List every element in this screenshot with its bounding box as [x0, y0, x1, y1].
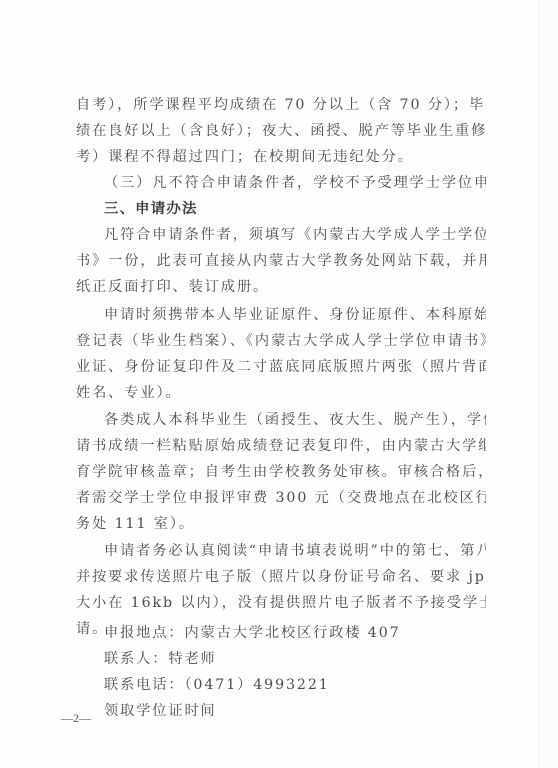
- paragraph-line: 申请时须携带本人毕业证原件、身份证原件、本科原始成绩: [104, 302, 486, 328]
- scan-edge-shade: [539, 0, 558, 768]
- paragraph-line: 请书成绩一栏粘贴原始成绩登记表复印件，由内蒙古大学继续教: [76, 433, 486, 459]
- document-page: 自考），所学课程平均成绩在 70 分以上（含 70 分）；毕业论文成 绩在良好以…: [0, 0, 558, 768]
- paragraph-line: 业证、身份证复印件及二寸蓝底同底版照片两张（照片背面写上: [76, 354, 486, 380]
- paragraph-line: 纸正反面打印、装订成册。: [76, 274, 486, 300]
- paragraph-line: 大小在 16kb 以内），没有提供照片电子版者不予接受学士学位申: [76, 590, 486, 616]
- paragraph-line: 各类成人本科毕业生（函授生、夜大生、脱产生），学位申: [104, 407, 486, 433]
- contact-person: 联系人：特老师: [104, 646, 514, 672]
- paragraph-line: 申请者务必认真阅读“申请书填表说明”中的第七、第八项，: [104, 538, 486, 564]
- paragraph-line: 凡符合申请条件者，须填写《内蒙古大学成人学士学位申请: [104, 222, 486, 248]
- contact-location: 申报地点：内蒙古大学北校区行政楼 407: [104, 620, 514, 646]
- paragraph-line: 姓名、专业）。: [76, 380, 486, 406]
- page-number: —2—: [61, 711, 91, 726]
- paragraph-line: 书》一份，此表可直接从内蒙古大学教务处网站下载，并用 A4: [76, 248, 486, 274]
- paragraph-line: 登记表（毕业生档案）、《内蒙古大学成人学士学位申请书》和毕: [76, 328, 486, 354]
- degree-pickup-time: 领取学位证时间: [104, 698, 514, 724]
- paragraph-line: 务处 111 室）。: [76, 511, 486, 537]
- body-line: （三）凡不符合申请条件者，学校不予受理学士学位申请。: [104, 170, 486, 196]
- body-line: 自考），所学课程平均成绩在 70 分以上（含 70 分）；毕业论文成: [76, 92, 486, 118]
- body-line: 考）课程不得超过四门；在校期间无违纪处分。: [76, 144, 486, 170]
- contact-phone: 联系电话：（0471）4993221: [104, 672, 514, 698]
- paragraph-line: 并按要求传送照片电子版（照片以身份证号命名、要求 jpg 格式、: [76, 564, 486, 590]
- section-heading: 三、申请办法: [104, 196, 514, 222]
- body-line: 绩在良好以上（含良好）；夜大、函授、脱产等毕业生重修（补: [76, 118, 486, 144]
- paragraph-line: 育学院审核盖章；自考生由学校教务处审核。审核合格后，申请: [76, 459, 486, 485]
- paragraph-line: 者需交学士学位申报评审费 300 元（交费地点在北校区行政楼财: [76, 485, 486, 511]
